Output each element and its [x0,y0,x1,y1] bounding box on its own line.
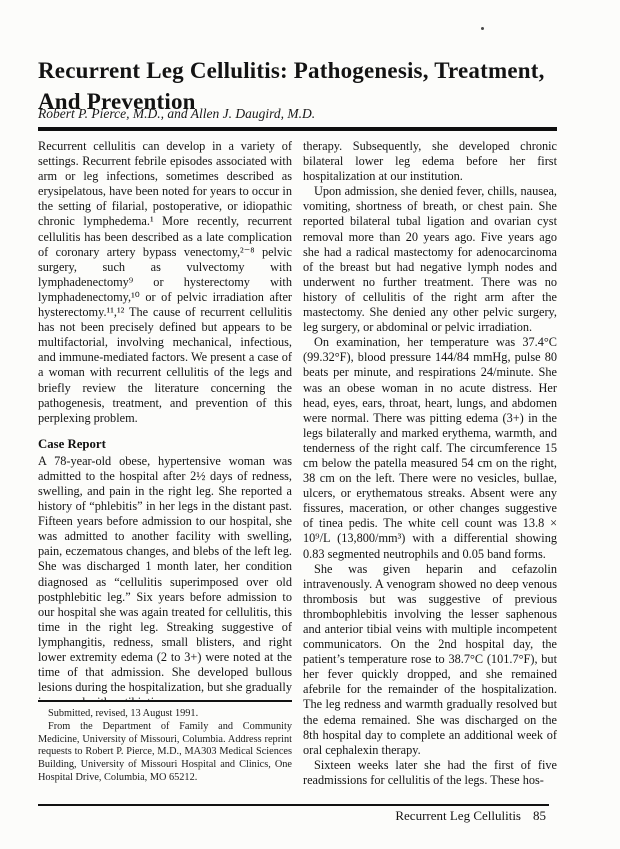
page-footer: Recurrent Leg Cellulitis85 [38,808,546,824]
footnote-affiliation: From the Department of Family and Commun… [38,721,292,785]
intro-paragraph: Recurrent cellulitis can develop in a va… [38,139,292,426]
journal-page: Recurrent Leg Cellulitis: Pathogenesis, … [0,0,620,849]
running-title: Recurrent Leg Cellulitis [395,808,521,823]
authors-byline: Robert P. Pierce, M.D., and Allen J. Dau… [38,106,557,122]
author-footnote: Submitted, revised, 13 August 1991. From… [38,700,292,785]
section-heading-case-report: Case Report [38,437,292,452]
body-paragraph: On examination, her temperature was 37.4… [303,335,557,561]
scan-speck [481,27,484,30]
case-report-paragraph: A 78-year-old obese, hypertensive woman … [38,454,292,711]
right-column: therapy. Subsequently, she developed chr… [303,139,557,803]
body-paragraph: therapy. Subsequently, she developed chr… [303,139,557,184]
footnote-submitted: Submitted, revised, 13 August 1991. [38,708,292,721]
footer-rule [38,804,549,806]
body-paragraph: Upon admission, she denied fever, chills… [303,184,557,335]
header-rule [38,127,557,131]
body-paragraph: She was given heparin and cefazolin intr… [303,562,557,758]
body-paragraph: Sixteen weeks later she had the first of… [303,758,557,788]
article-title-line-1: Recurrent Leg Cellulitis: Pathogenesis, … [38,55,560,86]
page-number: 85 [533,808,546,823]
footnote-rule [38,700,292,702]
